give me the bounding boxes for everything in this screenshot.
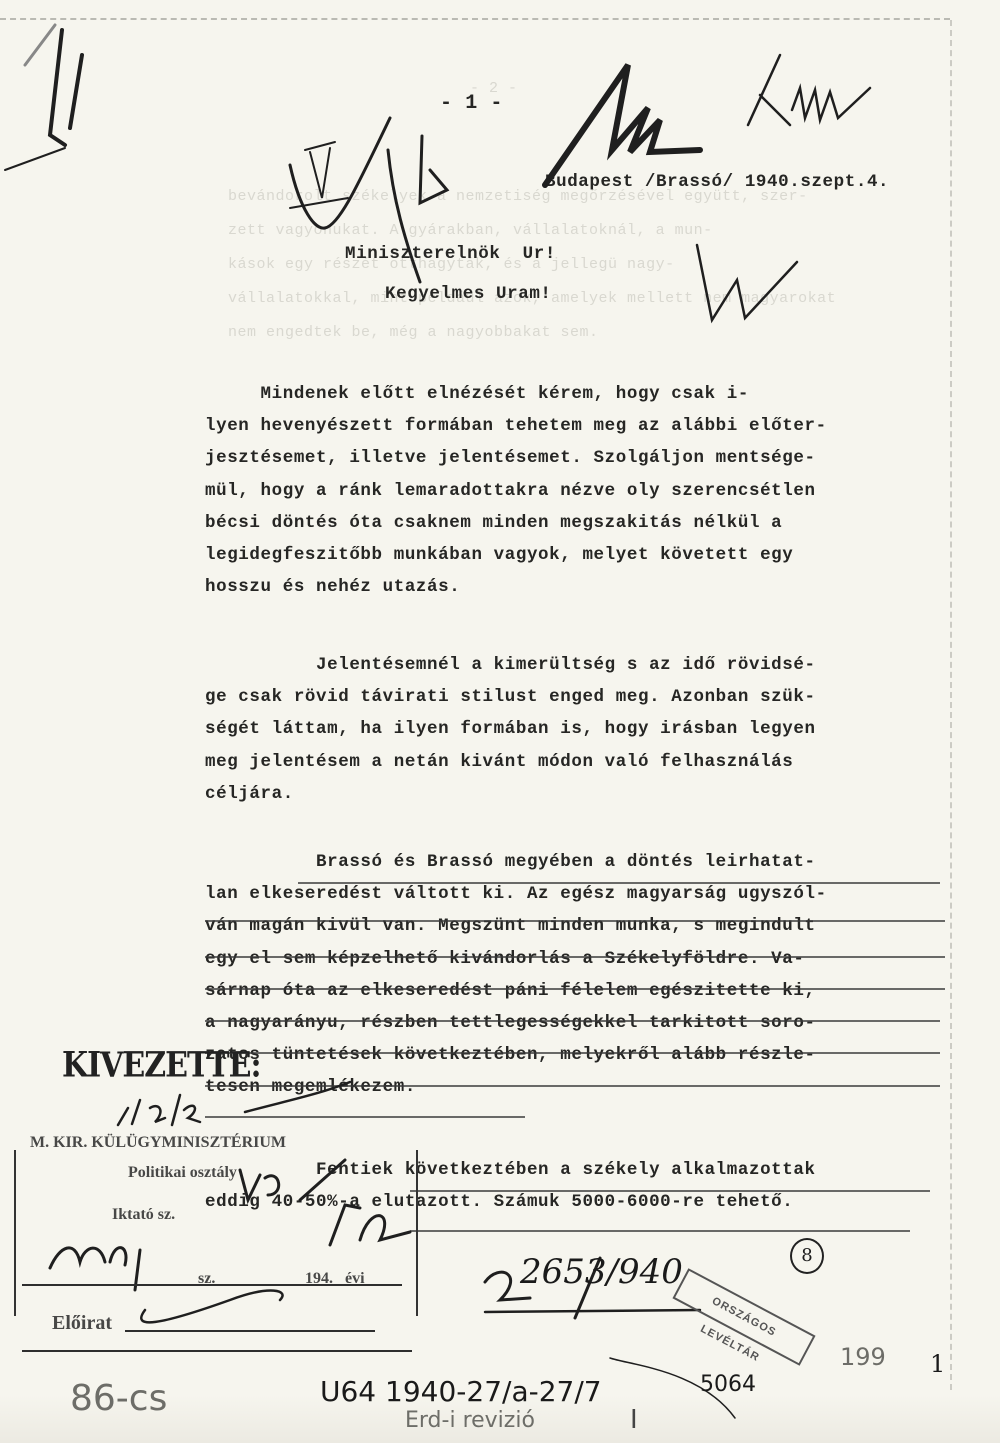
- folio-number: 1: [930, 1350, 945, 1378]
- document-page: - 2 - bevándorolt székelyek a nemzetiség…: [0, 0, 1000, 1443]
- stamp-rule: [22, 1350, 412, 1352]
- pencil-roman-numeral: I: [630, 1405, 638, 1435]
- stamp-rule: [125, 1330, 375, 1332]
- stamp-sz-label: sz.: [198, 1270, 215, 1288]
- stamp-registry-line: Iktató sz.: [112, 1206, 175, 1224]
- pencil-note-left: 86-cs: [70, 1378, 167, 1419]
- file-number-handwritten: 2653/940: [520, 1252, 683, 1292]
- pencil-note-bottom: Erd-i revizió: [405, 1408, 535, 1433]
- stamp-department-line: Politikai osztály: [128, 1164, 237, 1182]
- archive-reference: U64 1940-27/a-27/7: [320, 1375, 602, 1408]
- stamp-ministry-line: M. KIR. KÜLÜGYMINISZTÉRIUM: [30, 1134, 286, 1152]
- pencil-folio-number: 199: [840, 1343, 886, 1371]
- circled-number: 8: [790, 1238, 824, 1274]
- stamp-title: KIVEZETTE:: [62, 1045, 261, 1085]
- stamp-year-label: 194. évi: [305, 1270, 365, 1288]
- stamp-eloirat-label: Előirat: [52, 1312, 112, 1335]
- reference-number-right: 5064: [700, 1372, 756, 1397]
- initials-stroke: [50, 30, 65, 145]
